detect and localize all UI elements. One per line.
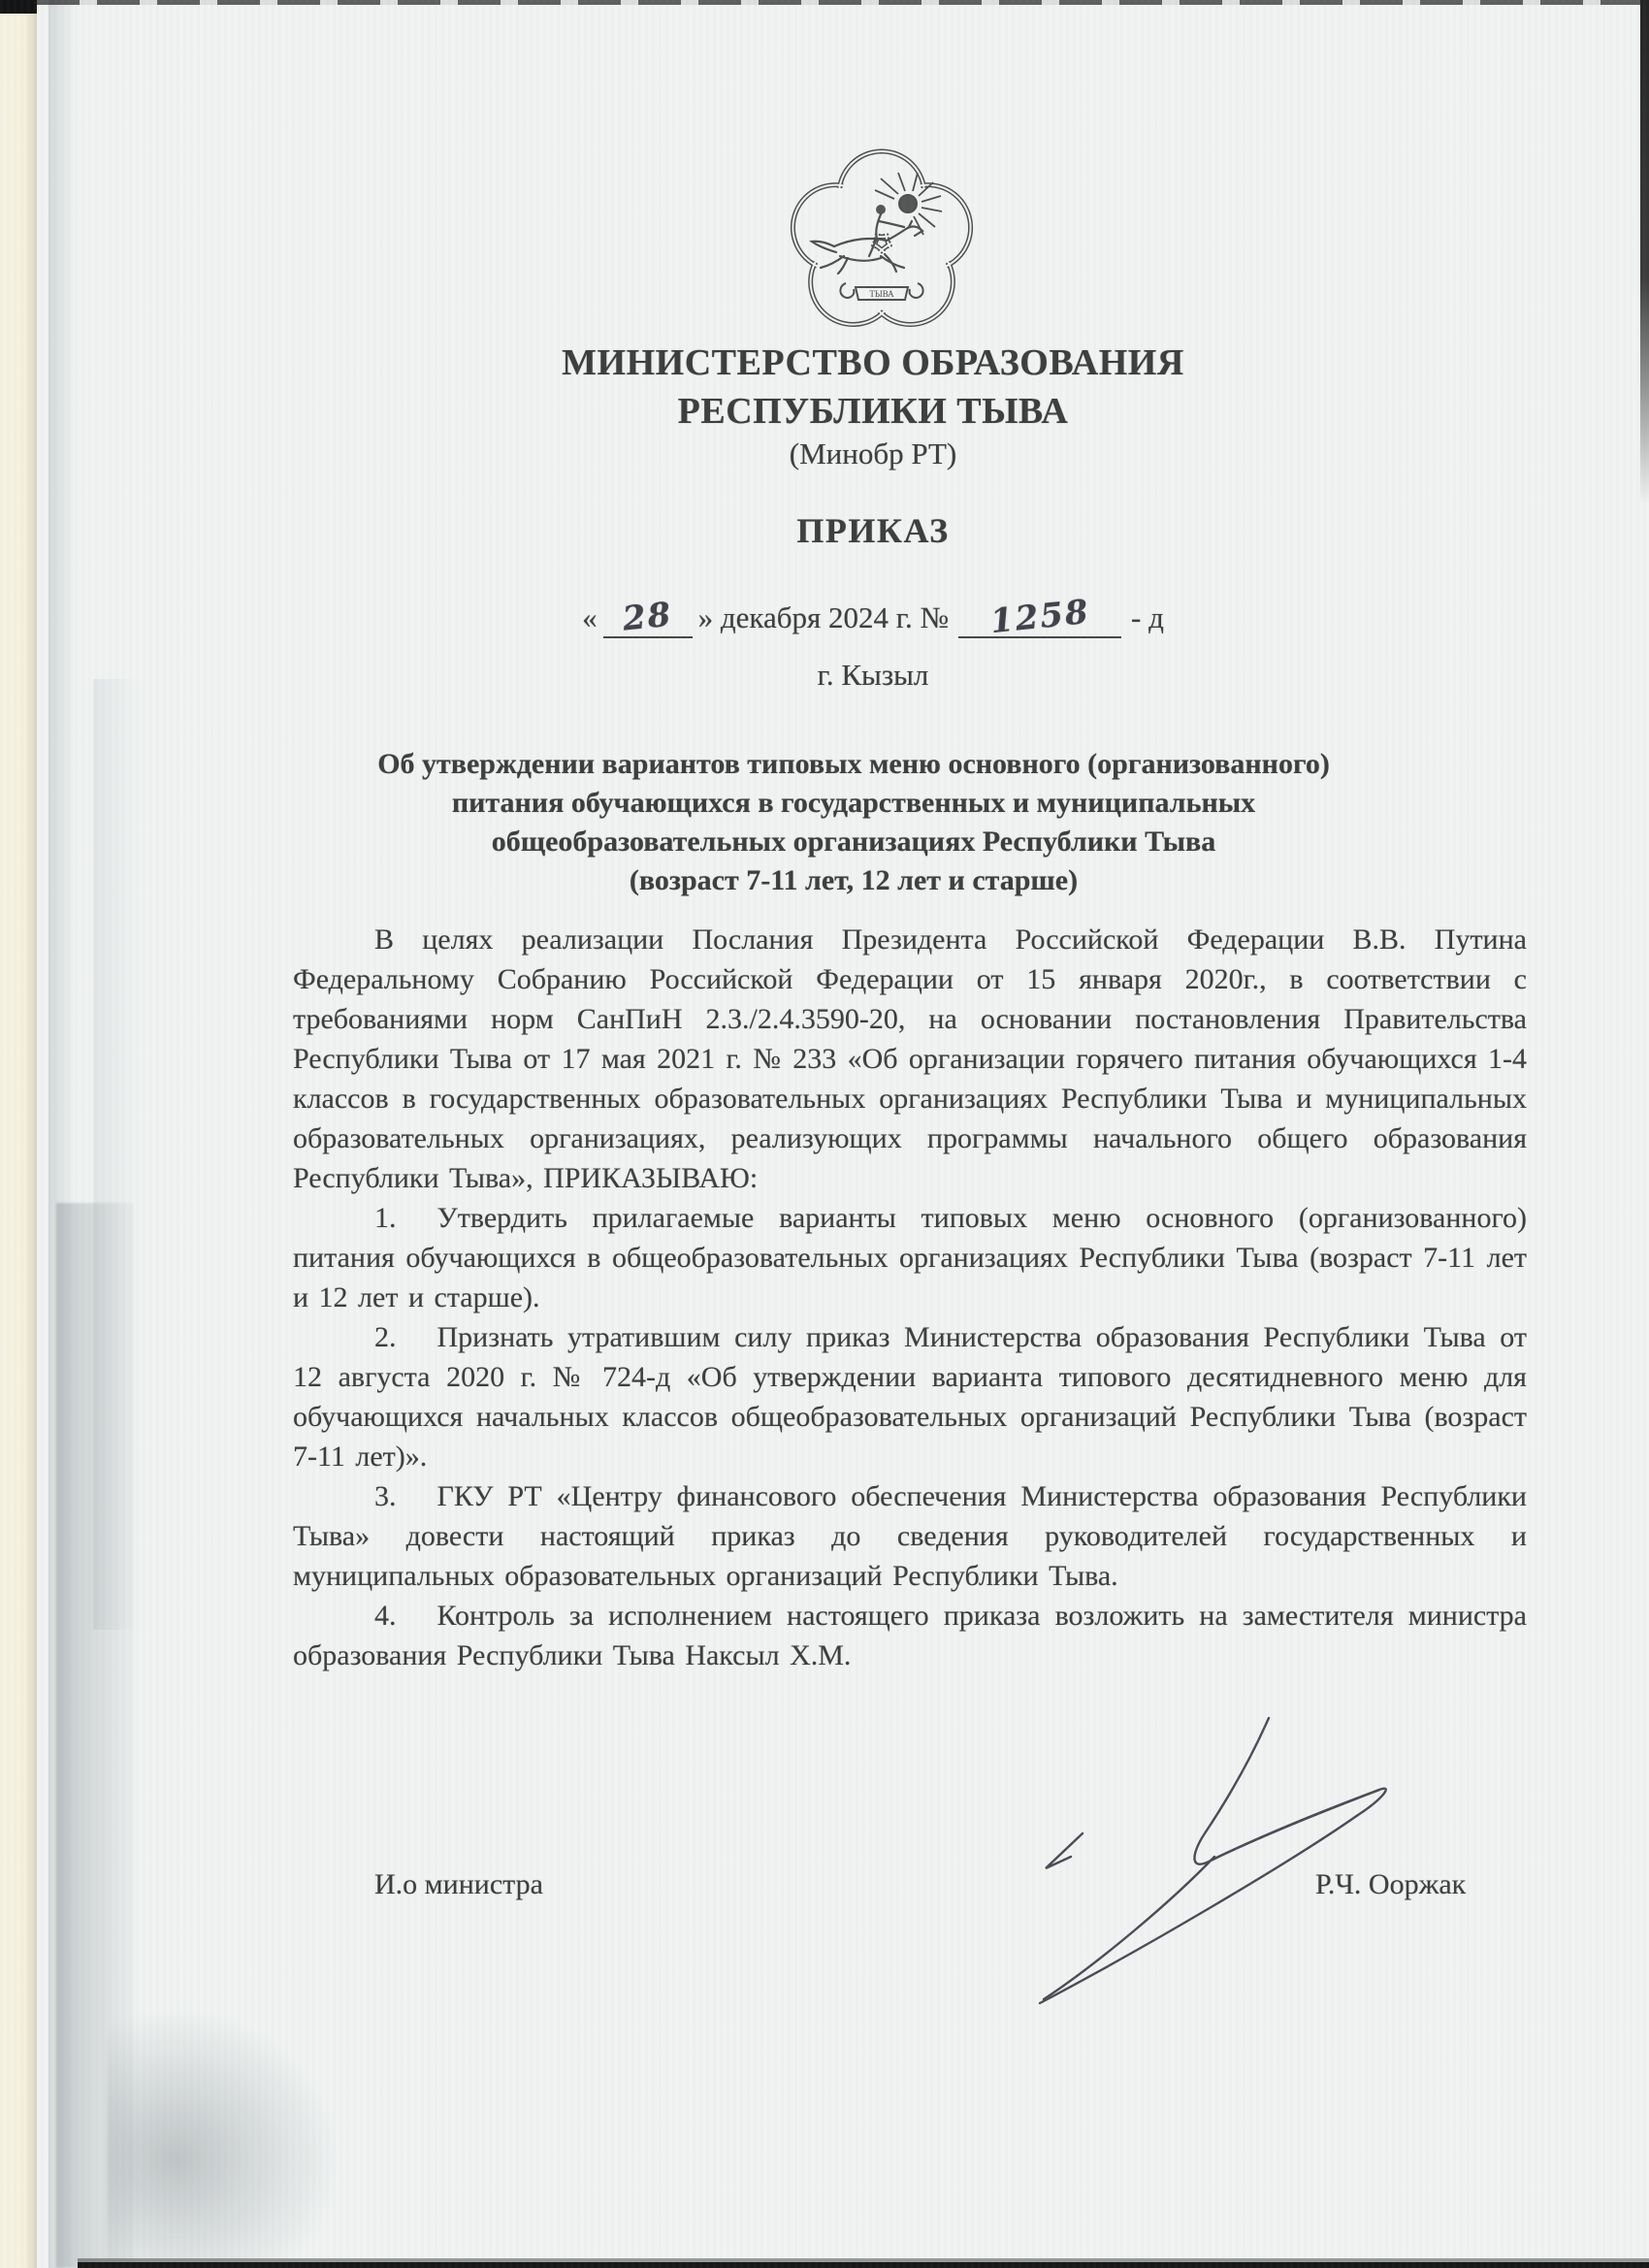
scan-smudge <box>107 2008 339 2260</box>
document-type: ПРИКАЗ <box>194 510 1552 551</box>
item-text: Утвердить прилагаемые варианты типовых м… <box>293 1202 1527 1313</box>
handwritten-day: 28 <box>603 598 693 638</box>
close-quote: » <box>698 600 714 634</box>
ribbon-text: ТЫВА <box>869 289 894 299</box>
item-text: Признать утратившим силу приказ Министер… <box>293 1321 1527 1473</box>
open-quote: « <box>582 600 598 634</box>
handwritten-signature <box>902 1715 1426 2025</box>
scan-streak <box>93 679 138 1630</box>
scan-bottom-edge <box>78 2258 1649 2268</box>
order-item-1: 1.Утвердить прилагаемые варианты типовых… <box>293 1198 1527 1317</box>
ministry-short-name: (Минобр РТ) <box>194 437 1552 471</box>
preamble-paragraph: В целях реализации Послания Президента Р… <box>293 920 1527 1198</box>
number-suffix: - д <box>1131 600 1164 634</box>
item-number: 2. <box>374 1321 437 1353</box>
handwritten-number: 1258 <box>958 598 1121 638</box>
order-title-line: питания обучающихся в государственных и … <box>281 784 1426 823</box>
scanned-document-page: ТЫВА МИНИСТЕРСТВО ОБРАЗОВАНИЯ РЕСПУБЛИКИ… <box>0 0 1649 2268</box>
item-number: 4. <box>374 1600 437 1632</box>
scan-corner-bar <box>0 0 37 14</box>
ministry-name-line1: МИНИСТЕРСТВО ОБРАЗОВАНИЯ <box>194 341 1552 384</box>
tyva-coat-of-arms-icon: ТЫВА <box>779 146 985 345</box>
city-line: г. Кызыл <box>194 658 1552 693</box>
date-line: «28» декабря 2024 г. №1258- д <box>194 598 1552 638</box>
item-text: Контроль за исполнением настоящего прика… <box>293 1600 1527 1671</box>
order-title: Об утверждении вариантов типовых меню ос… <box>281 745 1426 900</box>
order-title-line: общеобразовательных организациях Республ… <box>281 823 1426 861</box>
order-item-3: 3.ГКУ РТ «Центру финансового обеспечения… <box>293 1476 1527 1596</box>
scan-top-edge <box>37 0 1649 5</box>
signer-position: И.о министра <box>374 1868 543 1901</box>
order-item-4: 4.Контроль за исполнением настоящего при… <box>293 1596 1527 1675</box>
item-number: 3. <box>374 1480 437 1512</box>
scan-right-edge <box>1640 0 1649 504</box>
date-middle: декабря 2024 г. № <box>721 600 949 634</box>
item-text: ГКУ РТ «Центру финансового обеспечения М… <box>293 1480 1527 1592</box>
order-item-2: 2.Признать утратившим силу приказ Минист… <box>293 1317 1527 1476</box>
order-title-line: Об утверждении вариантов типовых меню ос… <box>281 745 1426 784</box>
ministry-name-line2: РЕСПУБЛИКИ ТЫВА <box>194 390 1552 433</box>
scan-left-strip <box>0 0 37 2268</box>
order-body: В целях реализации Послания Президента Р… <box>293 920 1527 1675</box>
order-title-line: (возраст 7-11 лет, 12 лет и старше) <box>281 861 1426 900</box>
item-number: 1. <box>374 1202 437 1234</box>
